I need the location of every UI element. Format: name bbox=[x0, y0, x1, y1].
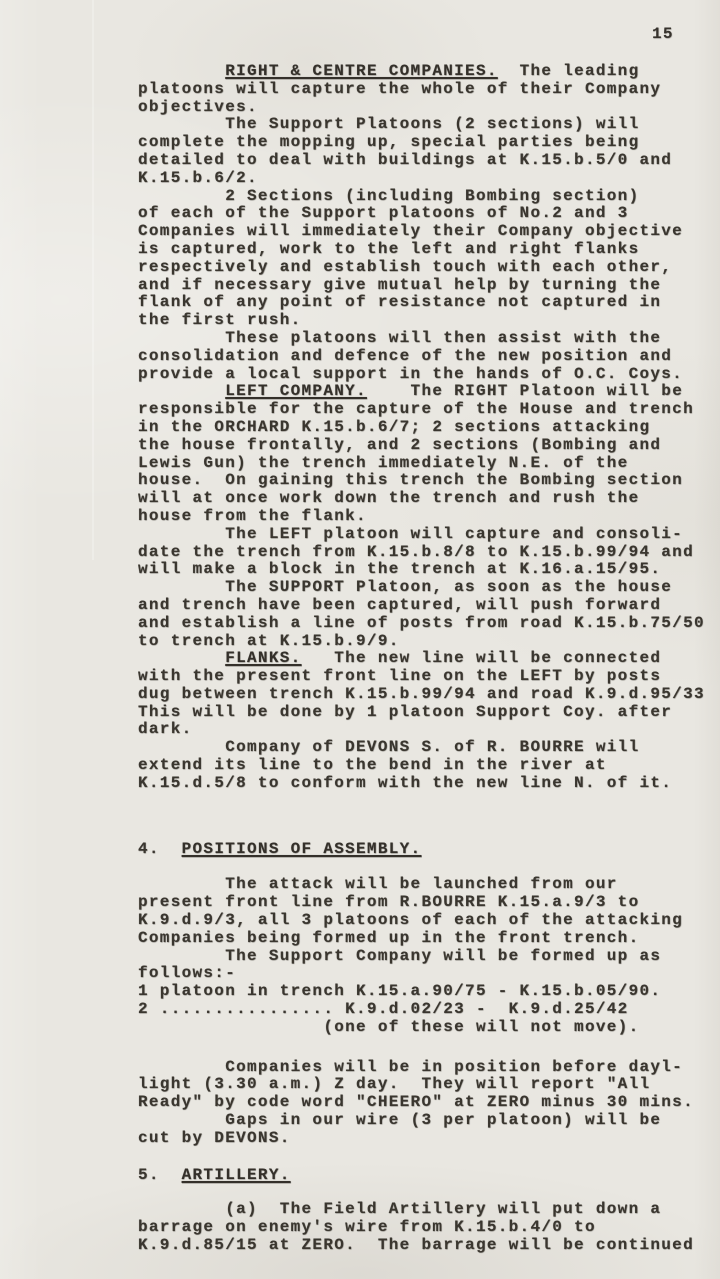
para-devons-extend: Company of DEVONS S. of R. BOURRE willex… bbox=[138, 739, 718, 792]
text-line: K.15.d.5/8 to conform with the new line … bbox=[138, 775, 718, 793]
text-segment: K.15.d.5/8 to conform with the new line … bbox=[138, 775, 672, 792]
text-segment: present front line from R.BOURRE K.15.a.… bbox=[138, 894, 639, 911]
text-segment: is captured, work to the left and right … bbox=[138, 241, 639, 258]
text-line: objectives. bbox=[138, 99, 718, 117]
text-segment: the house frontally, and 2 sections (Bom… bbox=[138, 437, 661, 454]
text-segment: flank of any point of resistance not cap… bbox=[138, 294, 661, 311]
text-segment: date the trench from K.15.b.8/8 to K.15.… bbox=[138, 544, 694, 561]
para-right-centre-companies: RIGHT & CENTRE COMPANIES. The leadingpla… bbox=[138, 63, 718, 116]
text-line: house. On gaining this trench the Bombin… bbox=[138, 472, 718, 490]
para-support-company-formup: The Support Company will be formed up as… bbox=[138, 948, 718, 1037]
text-segment: Company of DEVONS S. of R. BOURRE will bbox=[138, 739, 639, 756]
text-line: follows:- bbox=[138, 965, 718, 983]
text-segment: with the present front line on the LEFT … bbox=[138, 668, 661, 685]
text-segment: K.9.d.85/15 at ZERO. The barrage will be… bbox=[138, 1237, 694, 1254]
text-line: provide a local support in the hands of … bbox=[138, 366, 718, 384]
heading-positions-of-assembly: 4. POSITIONS OF ASSEMBLY. bbox=[138, 841, 718, 859]
text-segment: and if necessary give mutual help by tur… bbox=[138, 277, 661, 294]
underlined-heading: ARTILLERY. bbox=[182, 1167, 291, 1184]
text-segment: will at once work down the trench and ru… bbox=[138, 490, 639, 507]
text-line: 4. POSITIONS OF ASSEMBLY. bbox=[138, 841, 718, 859]
text-line: barrage on enemy's wire from K.15.b.4/0 … bbox=[138, 1219, 718, 1237]
text-line: Lewis Gun) the trench immediately N.E. o… bbox=[138, 455, 718, 473]
text-segment: house from the flank. bbox=[138, 508, 367, 525]
text-segment: and trench have been captured, will push… bbox=[138, 597, 661, 614]
text-line: the house frontally, and 2 sections (Bom… bbox=[138, 437, 718, 455]
text-line: This will be done by 1 platoon Support C… bbox=[138, 704, 718, 722]
text-line: cut by DEVONS. bbox=[138, 1130, 718, 1148]
text-segment: follows:- bbox=[138, 965, 236, 982]
text-line: 5. ARTILLERY. bbox=[138, 1167, 718, 1185]
text-segment: will make a block in the trench at K.16.… bbox=[138, 561, 661, 578]
text-segment: The Support Platoons (2 sections) will bbox=[138, 116, 639, 133]
text-segment: 2 ................ K.9.d.02/23 - K.9.d.2… bbox=[138, 1001, 629, 1018]
text-segment: extend its line to the bend in the river… bbox=[138, 757, 607, 774]
text-segment: light (3.30 a.m.) Z day. They will repor… bbox=[138, 1076, 650, 1093]
text-line: 1 platoon in trench K.15.a.90/75 - K.15.… bbox=[138, 983, 718, 1001]
text-segment: (one of these will not move). bbox=[138, 1019, 639, 1036]
text-line: of each of the Support platoons of No.2 … bbox=[138, 205, 718, 223]
text-line: K.15.b.6/2. bbox=[138, 170, 718, 188]
text-line: The Support Platoons (2 sections) will bbox=[138, 116, 718, 134]
text-segment bbox=[138, 650, 225, 667]
paper-crease bbox=[92, 0, 94, 560]
text-line: The attack will be launched from our bbox=[138, 876, 718, 894]
text-line: 2 Sections (including Bombing section) bbox=[138, 188, 718, 206]
text-line: house from the flank. bbox=[138, 508, 718, 526]
text-segment: consolidation and defence of the new pos… bbox=[138, 348, 672, 365]
text-line: The LEFT platoon will capture and consol… bbox=[138, 526, 718, 544]
text-segment: K.15.b.6/2. bbox=[138, 170, 258, 187]
text-line: to trench at K.15.b.9/9. bbox=[138, 633, 718, 651]
text-line: consolidation and defence of the new pos… bbox=[138, 348, 718, 366]
para-flanks: FLANKS. The new line will be connectedwi… bbox=[138, 650, 718, 739]
text-segment: The Support Company will be formed up as bbox=[138, 948, 661, 965]
para-two-sections: 2 Sections (including Bombing section)of… bbox=[138, 188, 718, 330]
text-segment: Ready" by code word "CHEERO" at ZERO min… bbox=[138, 1094, 694, 1111]
text-segment: responsible for the capture of the House… bbox=[138, 401, 694, 418]
text-line: complete the mopping up, special parties… bbox=[138, 134, 718, 152]
underlined-heading: POSITIONS OF ASSEMBLY. bbox=[182, 841, 422, 858]
underlined-heading: LEFT COMPANY. bbox=[225, 383, 367, 400]
text-segment: Lewis Gun) the trench immediately N.E. o… bbox=[138, 455, 629, 472]
text-segment: in the ORCHARD K.15.b.6/7; 2 sections at… bbox=[138, 419, 650, 436]
para-left-platoon: The LEFT platoon will capture and consol… bbox=[138, 526, 718, 579]
text-segment: K.9.d.9/3, all 3 platoons of each of the… bbox=[138, 912, 683, 929]
text-segment: provide a local support in the hands of … bbox=[138, 366, 683, 383]
page-number: 15 bbox=[652, 25, 674, 43]
text-segment: platoons will capture the whole of their… bbox=[138, 81, 661, 98]
text-line: Companies will immediately their Company… bbox=[138, 223, 718, 241]
para-support-platoons: The Support Platoons (2 sections) willco… bbox=[138, 116, 718, 187]
text-segment: These platoons will then assist with the bbox=[138, 330, 661, 347]
text-segment: 2 Sections (including Bombing section) bbox=[138, 188, 639, 205]
text-segment: to trench at K.15.b.9/9. bbox=[138, 633, 400, 650]
text-segment: The leading bbox=[498, 63, 640, 80]
heading-artillery: 5. ARTILLERY. bbox=[138, 1167, 718, 1185]
text-line: date the trench from K.15.b.8/8 to K.15.… bbox=[138, 544, 718, 562]
text-segment: The new line will be connected bbox=[302, 650, 662, 667]
text-line: K.9.d.9/3, all 3 platoons of each of the… bbox=[138, 912, 718, 930]
text-segment: (a) The Field Artillery will put down a bbox=[138, 1201, 661, 1218]
text-line: in the ORCHARD K.15.b.6/7; 2 sections at… bbox=[138, 419, 718, 437]
text-segment: Companies will be in position before day… bbox=[138, 1059, 683, 1076]
text-segment: house. On gaining this trench the Bombin… bbox=[138, 472, 683, 489]
text-segment: The attack will be launched from our bbox=[138, 876, 618, 893]
text-line: Companies being formed up in the front t… bbox=[138, 930, 718, 948]
text-line: and if necessary give mutual help by tur… bbox=[138, 277, 718, 295]
text-segment: Companies will immediately their Company… bbox=[138, 223, 683, 240]
text-line: Companies will be in position before day… bbox=[138, 1059, 718, 1077]
underlined-heading: FLANKS. bbox=[225, 650, 301, 667]
text-line: detailed to deal with buildings at K.15.… bbox=[138, 152, 718, 170]
text-line: light (3.30 a.m.) Z day. They will repor… bbox=[138, 1076, 718, 1094]
underlined-heading: RIGHT & CENTRE COMPANIES. bbox=[225, 63, 498, 80]
text-segment: objectives. bbox=[138, 99, 258, 116]
para-left-company: LEFT COMPANY. The RIGHT Platoon will ber… bbox=[138, 383, 718, 525]
text-line: will at once work down the trench and ru… bbox=[138, 490, 718, 508]
text-line: extend its line to the bend in the river… bbox=[138, 757, 718, 775]
text-line: the first rush. bbox=[138, 312, 718, 330]
text-segment: Companies being formed up in the front t… bbox=[138, 930, 639, 947]
text-line: The Support Company will be formed up as bbox=[138, 948, 718, 966]
text-line: RIGHT & CENTRE COMPANIES. The leading bbox=[138, 63, 718, 81]
text-segment: complete the mopping up, special parties… bbox=[138, 134, 639, 151]
text-line: with the present front line on the LEFT … bbox=[138, 668, 718, 686]
text-line: The SUPPORT Platoon, as soon as the hous… bbox=[138, 579, 718, 597]
text-segment bbox=[138, 383, 225, 400]
text-segment: dug between trench K.15.b.99/94 and road… bbox=[138, 686, 705, 703]
para-companies-position: Companies will be in position before day… bbox=[138, 1059, 718, 1112]
text-segment: the first rush. bbox=[138, 312, 302, 329]
text-line: respectively and establish touch with ea… bbox=[138, 259, 718, 277]
text-line: (one of these will not move). bbox=[138, 1019, 718, 1037]
document-body: RIGHT & CENTRE COMPANIES. The leadingpla… bbox=[138, 63, 718, 1255]
text-segment bbox=[138, 63, 225, 80]
text-segment: This will be done by 1 platoon Support C… bbox=[138, 704, 672, 721]
text-segment: 4. bbox=[138, 841, 182, 858]
text-line: and trench have been captured, will push… bbox=[138, 597, 718, 615]
text-segment: 1 platoon in trench K.15.a.90/75 - K.15.… bbox=[138, 983, 661, 1000]
text-line: Company of DEVONS S. of R. BOURRE will bbox=[138, 739, 718, 757]
text-segment: dark. bbox=[138, 721, 193, 738]
text-line: LEFT COMPANY. The RIGHT Platoon will be bbox=[138, 383, 718, 401]
text-line: dark. bbox=[138, 721, 718, 739]
text-segment: of each of the Support platoons of No.2 … bbox=[138, 205, 629, 222]
text-segment: The LEFT platoon will capture and consol… bbox=[138, 526, 683, 543]
text-segment: 5. bbox=[138, 1167, 182, 1184]
text-line: These platoons will then assist with the bbox=[138, 330, 718, 348]
para-consolidation: These platoons will then assist with the… bbox=[138, 330, 718, 383]
text-line: FLANKS. The new line will be connected bbox=[138, 650, 718, 668]
text-line: flank of any point of resistance not cap… bbox=[138, 294, 718, 312]
text-segment: cut by DEVONS. bbox=[138, 1130, 291, 1147]
text-line: will make a block in the trench at K.16.… bbox=[138, 561, 718, 579]
para-field-artillery: (a) The Field Artillery will put down ab… bbox=[138, 1201, 718, 1254]
text-line: and establish a line of posts from road … bbox=[138, 615, 718, 633]
para-attack-launch: The attack will be launched from ourpres… bbox=[138, 876, 718, 947]
text-line: platoons will capture the whole of their… bbox=[138, 81, 718, 99]
text-segment: barrage on enemy's wire from K.15.b.4/0 … bbox=[138, 1219, 596, 1236]
text-segment: and establish a line of posts from road … bbox=[138, 615, 705, 632]
para-wire-gaps: Gaps in our wire (3 per platoon) will be… bbox=[138, 1112, 718, 1148]
text-line: K.9.d.85/15 at ZERO. The barrage will be… bbox=[138, 1237, 718, 1255]
text-line: is captured, work to the left and right … bbox=[138, 241, 718, 259]
text-line: present front line from R.BOURRE K.15.a.… bbox=[138, 894, 718, 912]
text-segment: respectively and establish touch with ea… bbox=[138, 259, 672, 276]
text-line: Gaps in our wire (3 per platoon) will be bbox=[138, 1112, 718, 1130]
text-line: Ready" by code word "CHEERO" at ZERO min… bbox=[138, 1094, 718, 1112]
text-line: dug between trench K.15.b.99/94 and road… bbox=[138, 686, 718, 704]
text-segment: The SUPPORT Platoon, as soon as the hous… bbox=[138, 579, 672, 596]
text-line: (a) The Field Artillery will put down a bbox=[138, 1201, 718, 1219]
text-segment: detailed to deal with buildings at K.15.… bbox=[138, 152, 672, 169]
text-line: responsible for the capture of the House… bbox=[138, 401, 718, 419]
text-line: 2 ................ K.9.d.02/23 - K.9.d.2… bbox=[138, 1001, 718, 1019]
text-segment: The RIGHT Platoon will be bbox=[367, 383, 683, 400]
para-support-platoon: The SUPPORT Platoon, as soon as the hous… bbox=[138, 579, 718, 650]
text-segment: Gaps in our wire (3 per platoon) will be bbox=[138, 1112, 661, 1129]
